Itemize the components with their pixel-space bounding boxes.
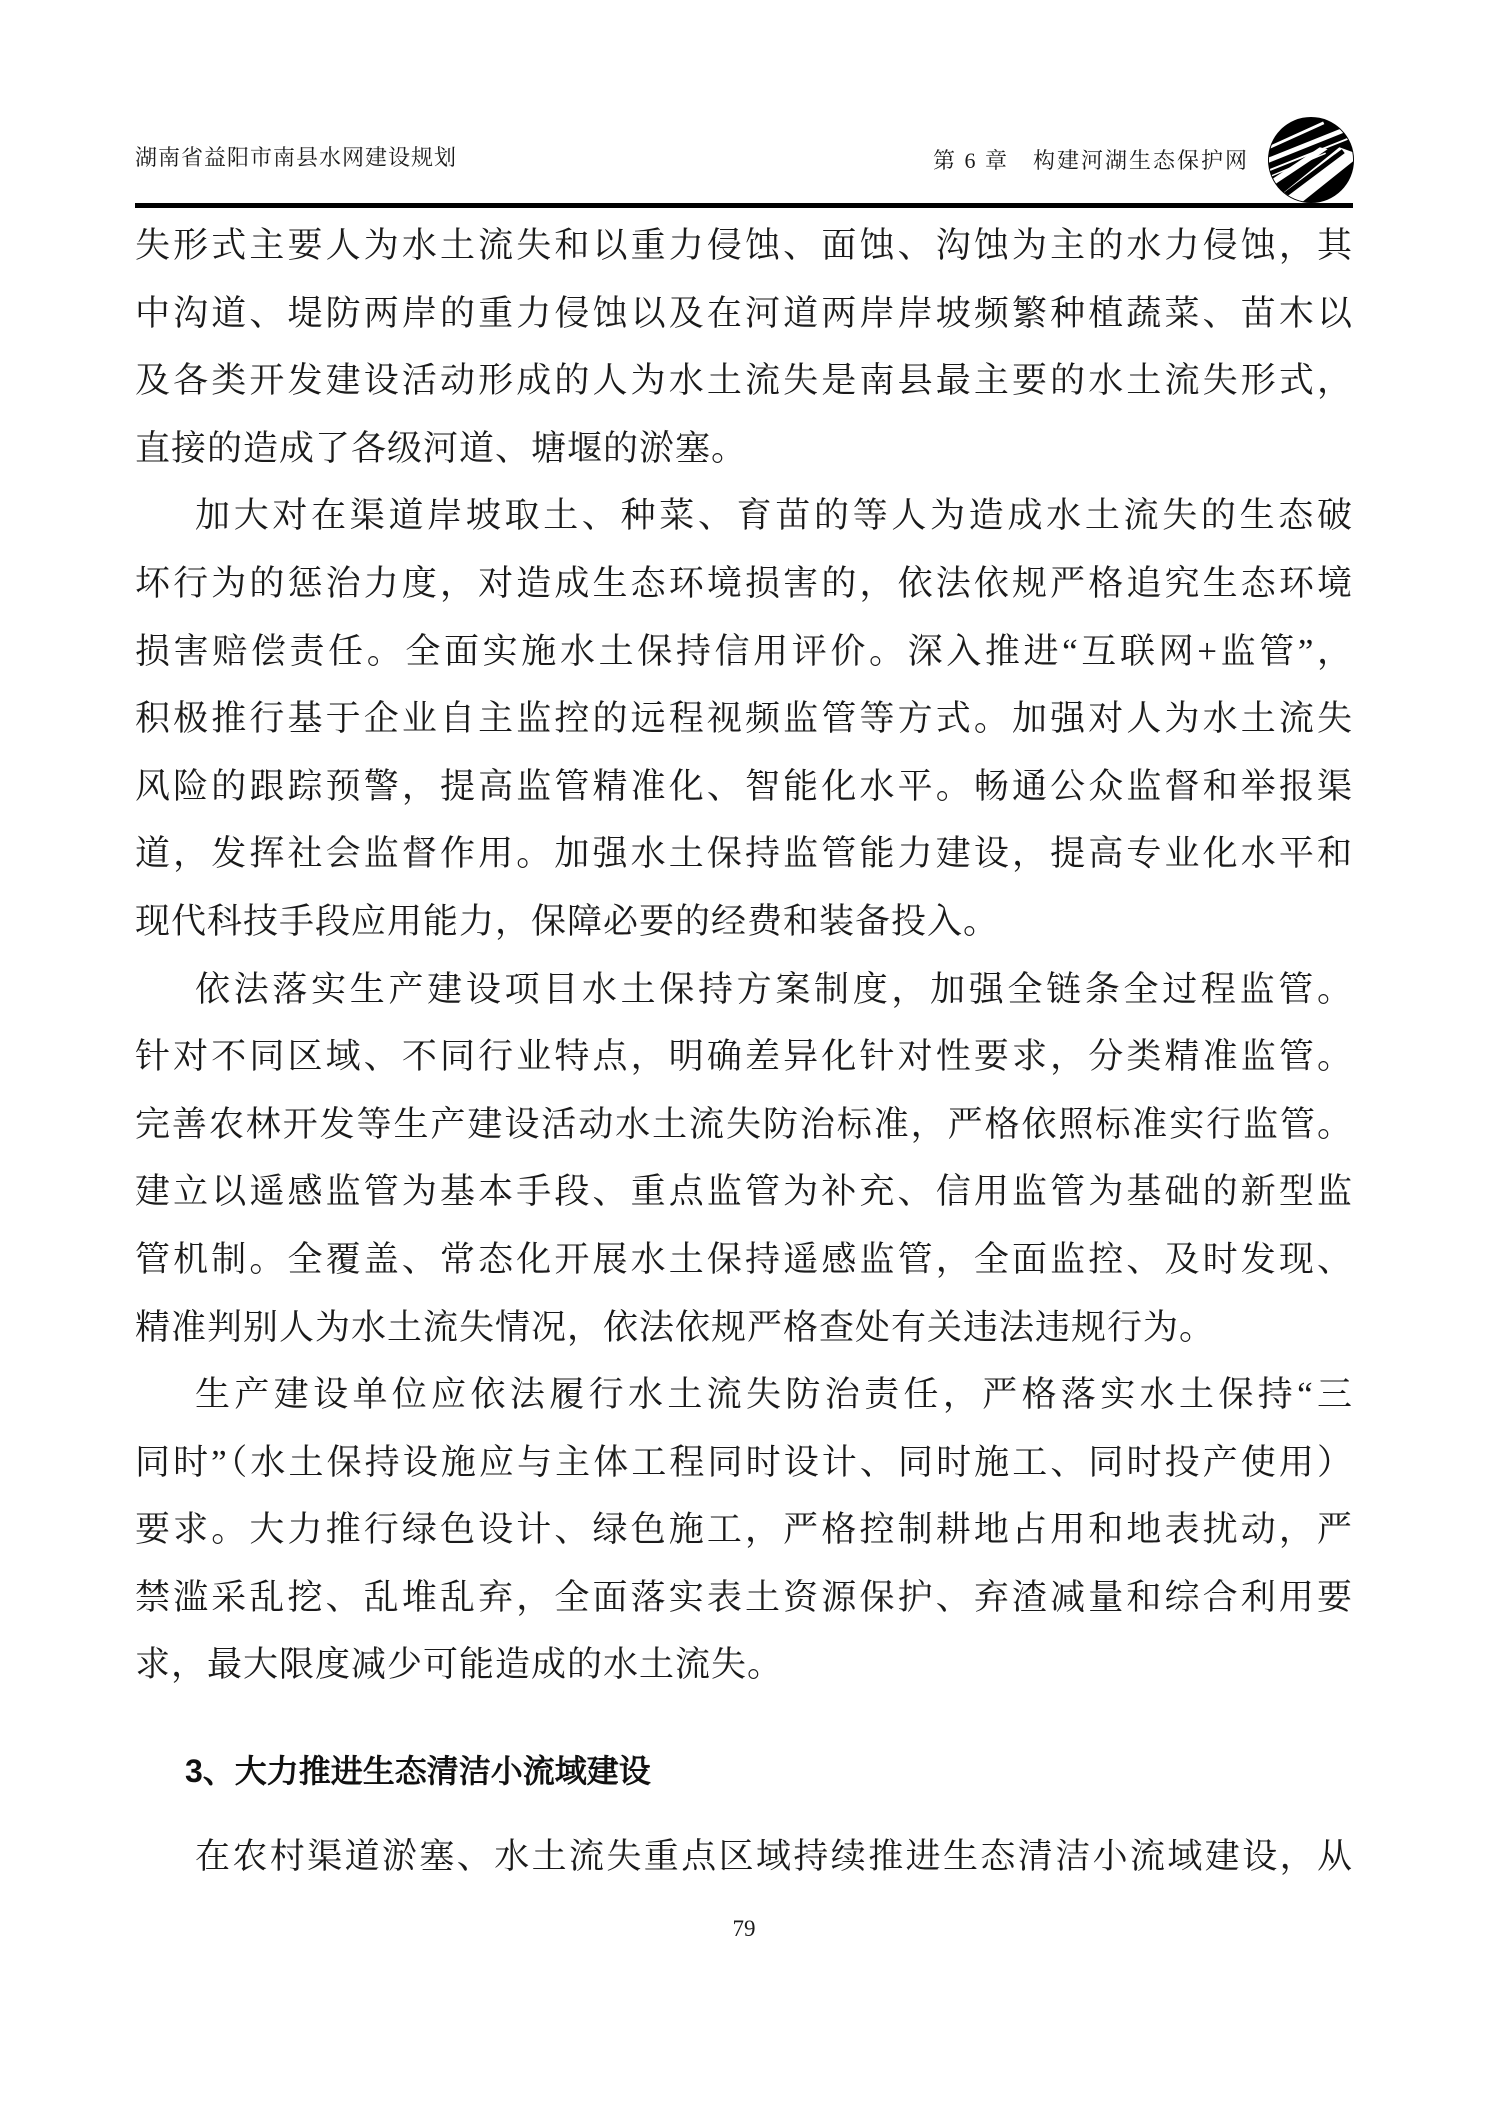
text-line: 现代科技手段应用能力，保障必要的经费和装备投入。 (135, 888, 1353, 956)
text-line: 加大对在渠道岸坡取土、种菜、育苗的等人为造成水土流失的生态破 (135, 482, 1353, 550)
text-line: 针对不同区域、不同行业特点，明确差异化针对性要求，分类精准监管。 (135, 1023, 1353, 1091)
text-line: 建立以遥感监管为基本手段、重点监管为补充、信用监管为基础的新型监 (135, 1158, 1353, 1226)
section-heading: 3、大力推进生态清洁小流域建设 (135, 1739, 1353, 1803)
text-line: 失形式主要人为水土流失和以重力侵蚀、面蚀、沟蚀为主的水力侵蚀，其 (135, 212, 1353, 280)
header-doc-title: 湖南省益阳市南县水网建设规划 (135, 141, 457, 172)
text-line: 损害赔偿责任。全面实施水土保持信用评价。深入推进“互联网+监管”， (135, 618, 1353, 686)
text-line: 完善农林开发等生产建设活动水土流失防治标准，严格依照标准实行监管。 (135, 1091, 1353, 1159)
text-line: 求，最大限度减少可能造成的水土流失。 (135, 1631, 1353, 1699)
page-number: 79 (733, 1916, 756, 1941)
header-chapter-title: 第 6 章 构建河湖生态保护网 (933, 144, 1249, 175)
document-body: 失形式主要人为水土流失和以重力侵蚀、面蚀、沟蚀为主的水力侵蚀，其中沟道、堤防两岸… (135, 212, 1353, 1891)
page-footer: 79 (0, 1916, 1488, 1942)
text-line: 在农村渠道淤塞、水土流失重点区域持续推进生态清洁小流域建设，从 (135, 1823, 1353, 1891)
text-line: 要求。大力推行绿色设计、绿色施工，严格控制耕地占用和地表扰动，严 (135, 1496, 1353, 1564)
text-line: 管机制。全覆盖、常态化开展水土保持遥感监管，全面监控、及时发现、 (135, 1226, 1353, 1294)
page-header: 湖南省益阳市南县水网建设规划 第 6 章 构建河湖生态保护网 (135, 0, 1353, 210)
text-line: 同时”（水土保持设施应与主体工程同时设计、同时施工、同时投产使用） (135, 1429, 1353, 1497)
text-line: 坏行为的惩治力度，对造成生态环境损害的，依法依规严格追究生态环境 (135, 550, 1353, 618)
text-line: 生产建设单位应依法履行水土流失防治责任，严格落实水土保持“三 (135, 1361, 1353, 1429)
text-line: 道，发挥社会监督作用。加强水土保持监管能力建设，提高专业化水平和 (135, 820, 1353, 888)
text-line: 依法落实生产建设项目水土保持方案制度，加强全链条全过程监管。 (135, 956, 1353, 1024)
text-line: 及各类开发建设活动形成的人为水土流失是南县最主要的水土流失形式， (135, 347, 1353, 415)
document-page: 湖南省益阳市南县水网建设规划 第 6 章 构建河湖生态保护网 (0, 0, 1488, 2104)
text-line: 精准判别人为水土流失情况，依法依规严格查处有关违法违规行为。 (135, 1294, 1353, 1362)
text-line: 积极推行基于企业自主监控的远程视频监管等方式。加强对人为水土流失 (135, 685, 1353, 753)
text-line: 禁滥采乱挖、乱堆乱弃，全面落实表土资源保护、弃渣减量和综合利用要 (135, 1564, 1353, 1632)
text-line: 中沟道、堤防两岸的重力侵蚀以及在河道两岸岸坡频繁种植蔬菜、苗木以 (135, 280, 1353, 348)
text-line: 风险的跟踪预警，提高监管精准化、智能化水平。畅通公众监督和举报渠 (135, 753, 1353, 821)
header-rule (135, 203, 1353, 208)
text-line: 直接的造成了各级河道、塘堰的淤塞。 (135, 415, 1353, 483)
water-road-emblem-icon (1267, 116, 1355, 204)
